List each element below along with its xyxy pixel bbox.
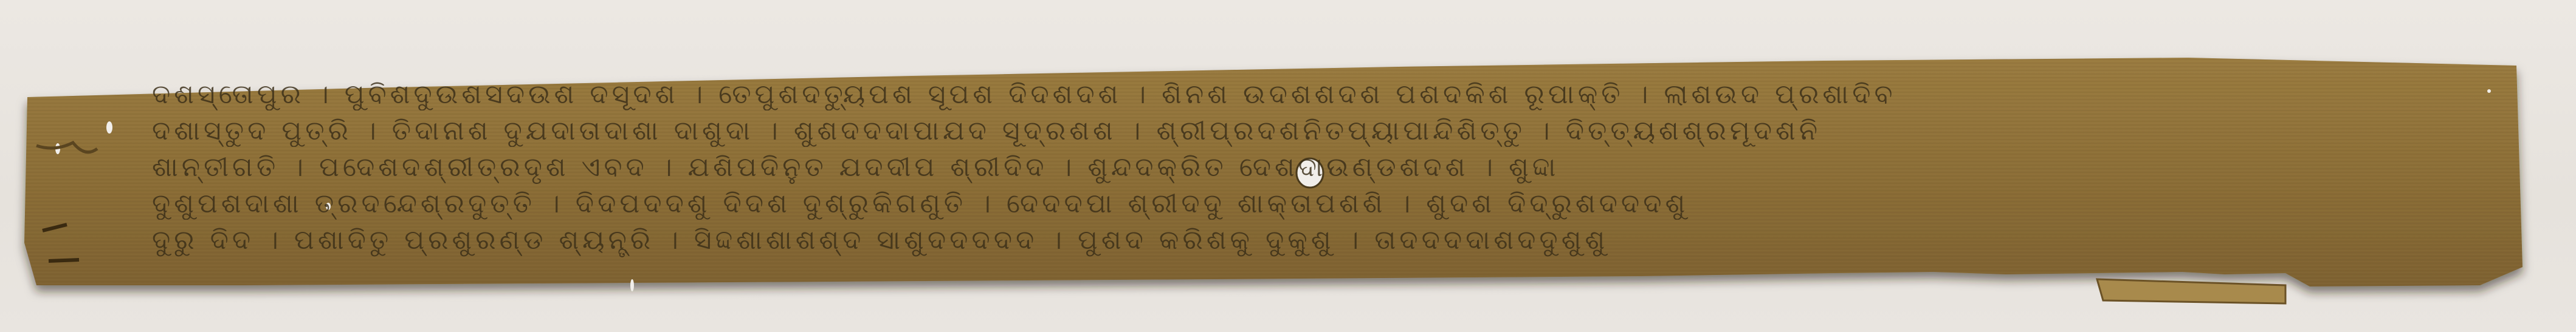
manuscript-line-3: ଶାନ୍ତୀଗତି । ପଦେଶଦଶ୍ରୀତ୍ରଦୃଶ ଏବଦ । ଯଶିପଦି… xyxy=(152,152,1559,183)
manuscript-line-2: ଦଶାସ୍ତୁଦ ପୁତ୍ରି । ତିଦାନାଶ ଦୁଯଦାତାଦାଶା ଦା… xyxy=(152,115,1821,146)
manuscript-line-5: ଦୁରୁ ଦିଦ । ପଶାଦିତୁ ପ୍ରଶୁରଣ୍ଡ ଶ୍ୟନ୍ତ୍ରି ।… xyxy=(152,225,1608,256)
torn-flap xyxy=(2097,279,2285,303)
manuscript-line-1: ଦଶସ୍ତୋପୁର । ପୁବିଶଦୁଉଶସଦଉଶ ଦସୂଦଶ । ତେପୁଶଦ… xyxy=(152,79,1896,110)
manuscript-line-4: ଦୁଶୁପଶଦାଶା ତ୍ରଦନ୍ଦେଶ୍ରଦୁତ୍ତି । ଦିଦପଦଦଶୁ … xyxy=(152,188,1689,219)
